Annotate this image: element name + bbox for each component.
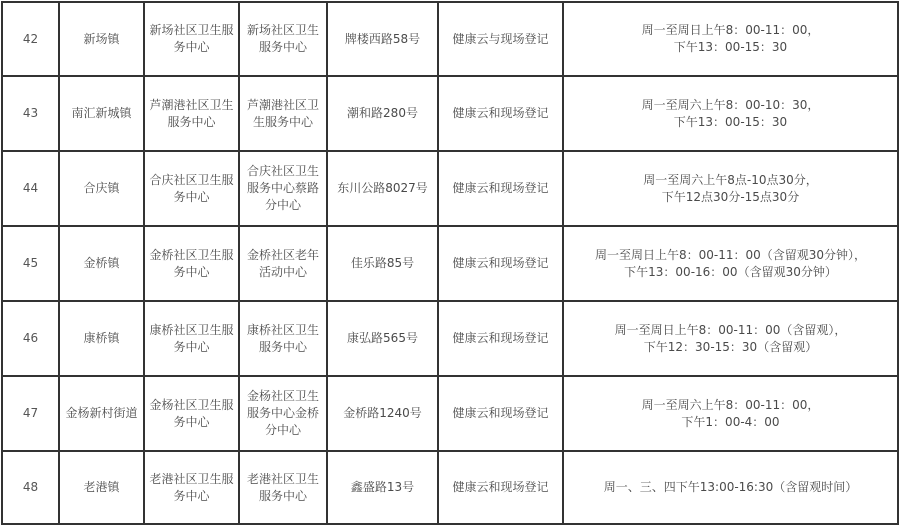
hours-line-2: 下午13：00-15：30 [567, 114, 894, 131]
town-cell: 老港镇 [59, 451, 144, 524]
site-cell: 康桥社区卫生服务中心 [239, 301, 327, 376]
town-cell: 南汇新城镇 [59, 76, 144, 151]
hours-line-1: 周一至周日上午8：00-11：00（含留观30分钟）， [567, 247, 894, 264]
booking-cell: 健康云和现场登记 [438, 301, 563, 376]
row-number-cell: 45 [2, 226, 59, 301]
town-cell: 合庆镇 [59, 151, 144, 226]
table-row: 47 金杨新村街道 金杨社区卫生服务中心 金杨社区卫生服务中心金桥分中心 金桥路… [2, 376, 898, 451]
table-row: 42 新场镇 新场社区卫生服务中心 新场社区卫生服务中心 牌楼西路58号 健康云… [2, 2, 898, 76]
hours-cell: 周一至周六上午8点-10点30分， 下午12点30分-15点30分 [563, 151, 898, 226]
hours-line-2: 下午13：00-16：00（含留观30分钟） [567, 264, 894, 281]
hours-cell: 周一至周日上午8：00-11：00（含留观）， 下午12：30-15：30（含留… [563, 301, 898, 376]
address-cell: 康弘路565号 [327, 301, 438, 376]
address-cell: 金桥路1240号 [327, 376, 438, 451]
table-row: 44 合庆镇 合庆社区卫生服务中心 合庆社区卫生服务中心蔡路分中心 东川公路80… [2, 151, 898, 226]
table-row: 48 老港镇 老港社区卫生服务中心 老港社区卫生服务中心 鑫盛路13号 健康云和… [2, 451, 898, 524]
vaccination-sites-table: 42 新场镇 新场社区卫生服务中心 新场社区卫生服务中心 牌楼西路58号 健康云… [1, 1, 899, 525]
hours-line-2: 下午12点30分-15点30分 [567, 189, 894, 206]
hours-cell: 周一至周六上午8：00-11：00， 下午1：00-4：00 [563, 376, 898, 451]
unit-cell: 老港社区卫生服务中心 [144, 451, 239, 524]
row-number-cell: 43 [2, 76, 59, 151]
site-cell: 新场社区卫生服务中心 [239, 2, 327, 76]
table-row: 45 金桥镇 金桥社区卫生服务中心 金桥社区老年活动中心 佳乐路85号 健康云和… [2, 226, 898, 301]
address-cell: 鑫盛路13号 [327, 451, 438, 524]
hours-cell: 周一至周六上午8：00-10：30， 下午13：00-15：30 [563, 76, 898, 151]
table-body: 42 新场镇 新场社区卫生服务中心 新场社区卫生服务中心 牌楼西路58号 健康云… [2, 2, 898, 524]
row-number-cell: 44 [2, 151, 59, 226]
table-row: 46 康桥镇 康桥社区卫生服务中心 康桥社区卫生服务中心 康弘路565号 健康云… [2, 301, 898, 376]
hours-line-1: 周一至周日上午8：00-11：00， [567, 22, 894, 39]
unit-cell: 康桥社区卫生服务中心 [144, 301, 239, 376]
booking-cell: 健康云与现场登记 [438, 2, 563, 76]
hours-line-1: 周一至周六上午8：00-11：00， [567, 397, 894, 414]
row-number-cell: 42 [2, 2, 59, 76]
booking-cell: 健康云和现场登记 [438, 226, 563, 301]
site-cell: 芦潮港社区卫生服务中心 [239, 76, 327, 151]
unit-cell: 金桥社区卫生服务中心 [144, 226, 239, 301]
booking-cell: 健康云和现场登记 [438, 451, 563, 524]
unit-cell: 合庆社区卫生服务中心 [144, 151, 239, 226]
address-cell: 牌楼西路58号 [327, 2, 438, 76]
hours-line-2: 下午1：00-4：00 [567, 414, 894, 431]
address-cell: 佳乐路85号 [327, 226, 438, 301]
table-row: 43 南汇新城镇 芦潮港社区卫生服务中心 芦潮港社区卫生服务中心 潮和路280号… [2, 76, 898, 151]
town-cell: 金桥镇 [59, 226, 144, 301]
unit-cell: 金杨社区卫生服务中心 [144, 376, 239, 451]
unit-cell: 芦潮港社区卫生服务中心 [144, 76, 239, 151]
hours-line-2: 下午13：00-15：30 [567, 39, 894, 56]
address-cell: 潮和路280号 [327, 76, 438, 151]
hours-line-1: 周一、三、四下午13:00-16:30（含留观时间） [567, 479, 894, 496]
row-number-cell: 47 [2, 376, 59, 451]
unit-cell: 新场社区卫生服务中心 [144, 2, 239, 76]
booking-cell: 健康云和现场登记 [438, 376, 563, 451]
town-cell: 新场镇 [59, 2, 144, 76]
site-cell: 老港社区卫生服务中心 [239, 451, 327, 524]
row-number-cell: 46 [2, 301, 59, 376]
address-cell: 东川公路8027号 [327, 151, 438, 226]
hours-cell: 周一至周日上午8：00-11：00， 下午13：00-15：30 [563, 2, 898, 76]
hours-line-2: 下午12：30-15：30（含留观） [567, 339, 894, 356]
site-cell: 金桥社区老年活动中心 [239, 226, 327, 301]
booking-cell: 健康云和现场登记 [438, 151, 563, 226]
row-number-cell: 48 [2, 451, 59, 524]
hours-cell: 周一、三、四下午13:00-16:30（含留观时间） [563, 451, 898, 524]
site-cell: 合庆社区卫生服务中心蔡路分中心 [239, 151, 327, 226]
town-cell: 康桥镇 [59, 301, 144, 376]
site-cell: 金杨社区卫生服务中心金桥分中心 [239, 376, 327, 451]
hours-line-1: 周一至周日上午8：00-11：00（含留观）， [567, 322, 894, 339]
town-cell: 金杨新村街道 [59, 376, 144, 451]
hours-line-1: 周一至周六上午8：00-10：30， [567, 97, 894, 114]
hours-cell: 周一至周日上午8：00-11：00（含留观30分钟）， 下午13：00-16：0… [563, 226, 898, 301]
hours-line-1: 周一至周六上午8点-10点30分， [567, 172, 894, 189]
booking-cell: 健康云和现场登记 [438, 76, 563, 151]
